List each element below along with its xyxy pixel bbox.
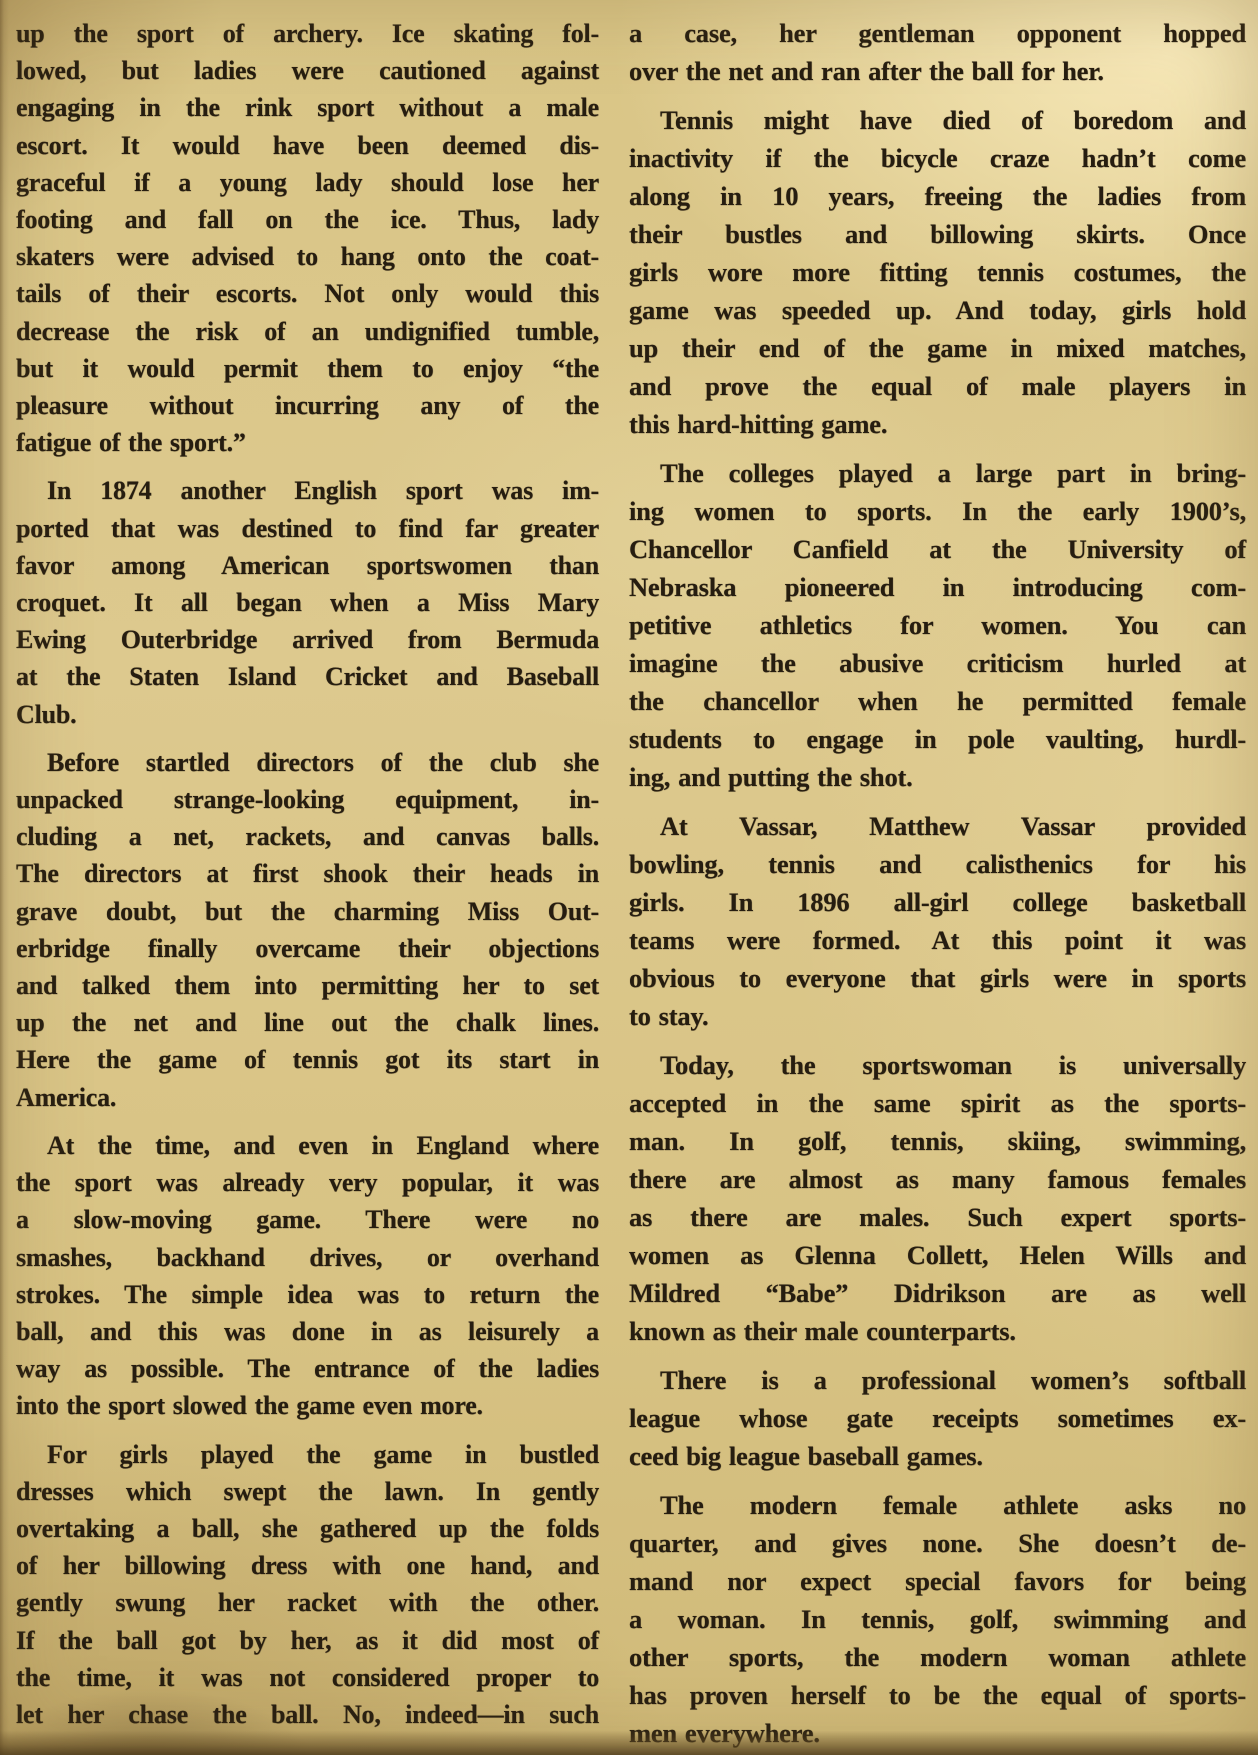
- text-line: petitive athletics for women. You can: [629, 606, 1246, 644]
- text-line: ing women to sports. In the early 1900’s…: [629, 492, 1246, 530]
- text-line: graceful if a young lady should lose her: [16, 164, 599, 201]
- text-line: teams were formed. At this point it was: [629, 921, 1246, 959]
- text-line: footing and fall on the ice. Thus, lady: [16, 201, 599, 238]
- paragraph: For girls played the game in bustleddres…: [16, 1436, 599, 1734]
- text-line: accepted in the same spirit as the sport…: [629, 1084, 1246, 1122]
- text-line: Before startled directors of the club sh…: [16, 744, 599, 781]
- paragraph: The colleges played a large part in brin…: [629, 454, 1246, 796]
- text-line: strokes. The simple idea was to return t…: [16, 1276, 599, 1313]
- text-line: pleasure without incurring any of the: [16, 387, 599, 424]
- text-line: Ewing Outerbridge arrived from Bermuda: [16, 621, 599, 658]
- paragraph: The modern female athlete asks noquarter…: [629, 1486, 1246, 1752]
- text-line: students to engage in pole vaulting, hur…: [629, 720, 1246, 758]
- text-line: Nebraska pioneered in introducing com-: [629, 568, 1246, 606]
- paragraph: up the sport of archery. Ice skating fol…: [16, 15, 599, 461]
- text-line: gently swung her racket with the other.: [16, 1584, 599, 1621]
- text-line: At the time, and even in England where: [16, 1127, 599, 1164]
- paragraph: Before startled directors of the club sh…: [16, 744, 599, 1116]
- text-line: there are almost as many famous females: [629, 1160, 1246, 1198]
- text-line: imagine the abusive criticism hurled at: [629, 644, 1246, 682]
- text-line: If the ball got by her, as it did most o…: [16, 1622, 599, 1659]
- text-line: The directors at first shook their heads…: [16, 855, 599, 892]
- text-line: croquet. It all began when a Miss Mary: [16, 584, 599, 621]
- text-line: bowling, tennis and calisthenics for his: [629, 845, 1246, 883]
- text-line: lowed, but ladies were cautioned against: [16, 52, 599, 89]
- text-line: cluding a net, rackets, and canvas balls…: [16, 818, 599, 855]
- text-line: known as their male counterparts.: [629, 1312, 1246, 1350]
- text-line: a slow-moving game. There were no: [16, 1201, 599, 1238]
- text-line: the sport was already very popular, it w…: [16, 1164, 599, 1201]
- text-line: decrease the risk of an undignified tumb…: [16, 313, 599, 350]
- text-line: a woman. In tennis, golf, swimming and: [629, 1600, 1246, 1638]
- text-line: The modern female athlete asks no: [629, 1486, 1246, 1524]
- text-line: quarter, and gives none. She doesn’t de-: [629, 1524, 1246, 1562]
- text-line: over the net and ran after the ball for …: [629, 52, 1246, 90]
- text-line: overtaking a ball, she gathered up the f…: [16, 1510, 599, 1547]
- text-line: ported that was destined to find far gre…: [16, 510, 599, 547]
- paragraph: At Vassar, Matthew Vassar providedbowlin…: [629, 807, 1246, 1035]
- text-line: up the net and line out the chalk lines.: [16, 1004, 599, 1041]
- text-line: Here the game of tennis got its start in: [16, 1041, 599, 1078]
- text-line: but it would permit them to enjoy “the: [16, 350, 599, 387]
- scanned-page: up the sport of archery. Ice skating fol…: [0, 0, 1258, 1755]
- text-line: girls. In 1896 all-girl college basketba…: [629, 883, 1246, 921]
- paragraph: Tennis might have died of boredom andina…: [629, 101, 1246, 443]
- text-line: league whose gate receipts sometimes ex-: [629, 1399, 1246, 1437]
- text-line: and prove the equal of male players in: [629, 367, 1246, 405]
- text-line: other sports, the modern woman athlete: [629, 1638, 1246, 1676]
- text-line: way as possible. The entrance of the lad…: [16, 1350, 599, 1387]
- text-line: women as Glenna Collett, Helen Wills and: [629, 1236, 1246, 1274]
- text-line: smashes, backhand drives, or overhand: [16, 1239, 599, 1276]
- text-line: grave doubt, but the charming Miss Out-: [16, 893, 599, 930]
- text-line: For girls played the game in bustled: [16, 1436, 599, 1473]
- text-line: Tennis might have died of boredom and: [629, 101, 1246, 139]
- text-line: ing, and putting the shot.: [629, 758, 1246, 796]
- text-line: The colleges played a large part in brin…: [629, 454, 1246, 492]
- paragraph: In 1874 another English sport was im-por…: [16, 472, 599, 732]
- text-line: has proven herself to be the equal of sp…: [629, 1676, 1246, 1714]
- text-line: favor among American sportswomen than: [16, 547, 599, 584]
- text-line: into the sport slowed the game even more…: [16, 1387, 599, 1424]
- text-line: the time, it was not considered proper t…: [16, 1659, 599, 1696]
- text-line: man. In golf, tennis, skiing, swimming,: [629, 1122, 1246, 1160]
- text-line: Today, the sportswoman is universally: [629, 1046, 1246, 1084]
- text-line: tails of their escorts. Not only would t…: [16, 275, 599, 312]
- text-line: men everywhere.: [629, 1714, 1246, 1752]
- text-line: this hard-hitting game.: [629, 405, 1246, 443]
- text-line: Mildred “Babe” Didrikson are as well: [629, 1274, 1246, 1312]
- text-line: inactivity if the bicycle craze hadn’t c…: [629, 139, 1246, 177]
- text-line: America.: [16, 1079, 599, 1116]
- text-line: a case, her gentleman opponent hopped: [629, 14, 1246, 52]
- text-line: unpacked strange-looking equipment, in-: [16, 781, 599, 818]
- text-line: as there are males. Such expert sports-: [629, 1198, 1246, 1236]
- text-line: up the sport of archery. Ice skating fol…: [16, 15, 599, 52]
- text-line: of her billowing dress with one hand, an…: [16, 1547, 599, 1584]
- text-line: their bustles and billowing skirts. Once: [629, 215, 1246, 253]
- text-line: dresses which swept the lawn. In gently: [16, 1473, 599, 1510]
- text-line: girls wore more fitting tennis costumes,…: [629, 253, 1246, 291]
- paragraph: There is a professional women’s softball…: [629, 1361, 1246, 1475]
- text-line: up their end of the game in mixed matche…: [629, 329, 1246, 367]
- text-line: let her chase the ball. No, indeed—in su…: [16, 1696, 599, 1733]
- text-line: mand nor expect special favors for being: [629, 1562, 1246, 1600]
- text-line: In 1874 another English sport was im-: [16, 472, 599, 509]
- text-line: erbridge finally overcame their objectio…: [16, 930, 599, 967]
- text-line: and talked them into permitting her to s…: [16, 967, 599, 1004]
- text-line: game was speeded up. And today, girls ho…: [629, 291, 1246, 329]
- paragraph: At the time, and even in England whereth…: [16, 1127, 599, 1425]
- text-line: to stay.: [629, 997, 1246, 1035]
- text-line: There is a professional women’s softball: [629, 1361, 1246, 1399]
- text-line: the chancellor when he permitted female: [629, 682, 1246, 720]
- text-line: Club.: [16, 696, 599, 733]
- text-line: engaging in the rink sport without a mal…: [16, 89, 599, 126]
- text-line: Chancellor Canfield at the University of: [629, 530, 1246, 568]
- text-line: skaters were advised to hang onto the co…: [16, 238, 599, 275]
- paragraph: Today, the sportswoman is universallyacc…: [629, 1046, 1246, 1350]
- text-column-left: up the sport of archery. Ice skating fol…: [16, 0, 599, 1733]
- text-line: ceed big league baseball games.: [629, 1437, 1246, 1475]
- text-line: At Vassar, Matthew Vassar provided: [629, 807, 1246, 845]
- text-line: obvious to everyone that girls were in s…: [629, 959, 1246, 997]
- text-line: at the Staten Island Cricket and Basebal…: [16, 658, 599, 695]
- text-line: along in 10 years, freeing the ladies fr…: [629, 177, 1246, 215]
- text-line: fatigue of the sport.”: [16, 424, 599, 461]
- text-column-right: a case, her gentleman opponent hoppedove…: [629, 0, 1246, 1752]
- text-line: ball, and this was done in as leisurely …: [16, 1313, 599, 1350]
- text-line: escort. It would have been deemed dis-: [16, 127, 599, 164]
- paragraph: a case, her gentleman opponent hoppedove…: [629, 14, 1246, 90]
